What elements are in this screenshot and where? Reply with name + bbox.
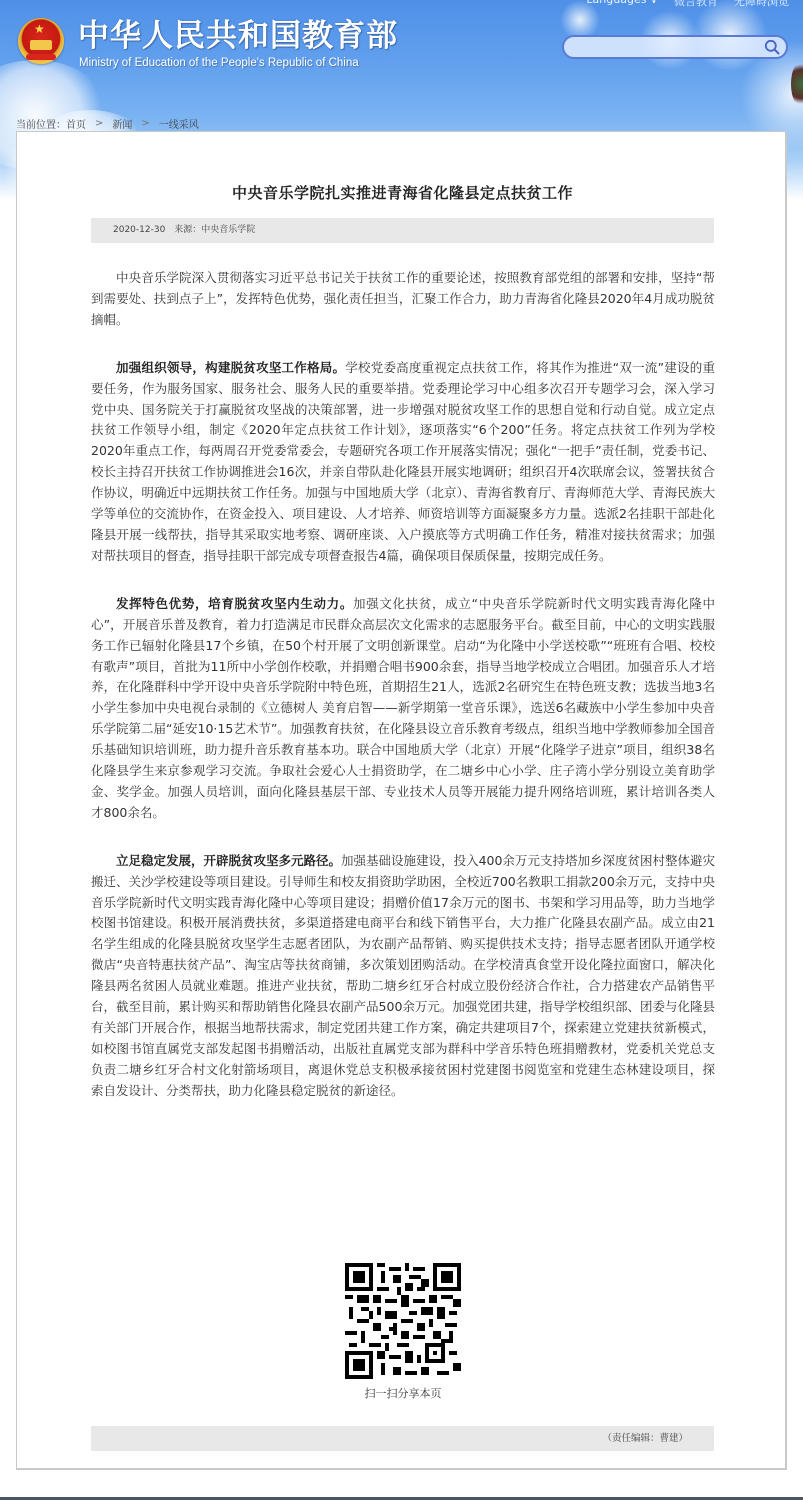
article-paragraph: 发挥特色优势，培育脱贫攻坚内生动力。加强文化扶贫，成立“中央音乐学院新时代文明实… — [91, 594, 715, 824]
source-label: 来源： — [174, 225, 201, 235]
qr-caption: 扫一扫分享本页 — [343, 1385, 463, 1401]
star-icon: ★ — [34, 23, 45, 35]
responsible-editor: （责任编辑：曹建） — [602, 1433, 688, 1444]
article-date: 2020-12-30 — [113, 225, 165, 235]
article-container: 中央音乐学院扎实推进青海省化隆县定点扶贫工作 2020-12-30 来源：中央音… — [16, 131, 787, 1470]
search-icon[interactable] — [764, 39, 780, 55]
article-paragraph: 加强组织领导，构建脱贫攻坚工作格局。学校党委高度重视定点扶贫工作，将其作为推进“… — [91, 358, 715, 567]
search-box — [562, 35, 788, 59]
breadcrumb-frontline[interactable]: 一线采风 — [159, 116, 199, 131]
paragraph-text: 学校党委高度重视定点扶贫工作，将其作为推进“双一流”建设的重要任务，作为服务国家… — [91, 360, 715, 563]
article-paragraph: 立足稳定发展，开辟脱贫攻坚多元路径。加强基础设施建设，投入400余万元支持塔加乡… — [91, 851, 715, 1102]
paragraph-text: 加强文化扶贫，成立“中央音乐学院新时代文明实践青海化隆中心”，开展音乐普及教育，… — [91, 596, 715, 820]
qr-code-icon[interactable] — [345, 1263, 461, 1379]
breadcrumb-prefix: 当前位置： — [16, 116, 66, 131]
article-meta-bar: 2020-12-30 来源：中央音乐学院 — [91, 218, 714, 243]
search-input[interactable] — [564, 38, 754, 58]
accessibility-link[interactable]: 无障碍浏览 — [734, 0, 789, 9]
paragraph-text: 中央音乐学院深入贯彻落实习近平总书记关于扶贫工作的重要论述，按照教育部党组的部署… — [91, 270, 715, 327]
share-qr-block: 扫一扫分享本页 — [343, 1263, 463, 1401]
paragraph-lead: 立足稳定发展，开辟脱贫攻坚多元路径。 — [116, 853, 341, 868]
languages-link[interactable]: Languages ∨ — [586, 0, 658, 9]
ribbon-icon — [26, 54, 56, 60]
site-title[interactable]: 中华人民共和国教育部 — [78, 18, 398, 54]
breadcrumb: 当前位置： 首页 > 新闻 > 一线采风 — [16, 116, 199, 131]
weiyan-education-link[interactable]: 微言教育 — [674, 0, 718, 9]
breadcrumb-separator: > — [95, 118, 103, 129]
article-body: 中央音乐学院深入贯彻落实习近平总书记关于扶贫工作的重要论述，按照教育部党组的部署… — [91, 268, 715, 1129]
paragraph-text: 加强基础设施建设，投入400余万元支持塔加乡深度贫困村整体避灾搬迁、关沙学校建设… — [91, 853, 715, 1098]
paragraph-lead: 发挥特色优势，培育脱贫攻坚内生动力。 — [116, 596, 353, 611]
article-source: 来源：中央音乐学院 — [174, 225, 255, 235]
breadcrumb-news[interactable]: 新闻 — [112, 116, 132, 131]
tiananmen-icon — [30, 40, 52, 50]
article-title: 中央音乐学院扎实推进青海省化隆县定点扶贫工作 — [17, 182, 788, 203]
breadcrumb-home[interactable]: 首页 — [66, 116, 86, 131]
paragraph-lead: 加强组织领导，构建脱贫攻坚工作格局。 — [116, 360, 345, 375]
breadcrumb-separator: > — [141, 118, 149, 129]
source-value: 中央音乐学院 — [201, 225, 255, 235]
national-emblem-icon[interactable]: ★ — [18, 18, 64, 64]
editor-bar: （责任编辑：曹建） — [91, 1426, 714, 1451]
site-subtitle: Ministry of Education of the People's Re… — [79, 56, 359, 70]
top-links: Languages ∨ 微言教育 无障碍浏览 — [586, 0, 789, 9]
article-paragraph: 中央音乐学院深入贯彻落实习近平总书记关于扶贫工作的重要论述，按照教育部党组的部署… — [91, 268, 715, 331]
